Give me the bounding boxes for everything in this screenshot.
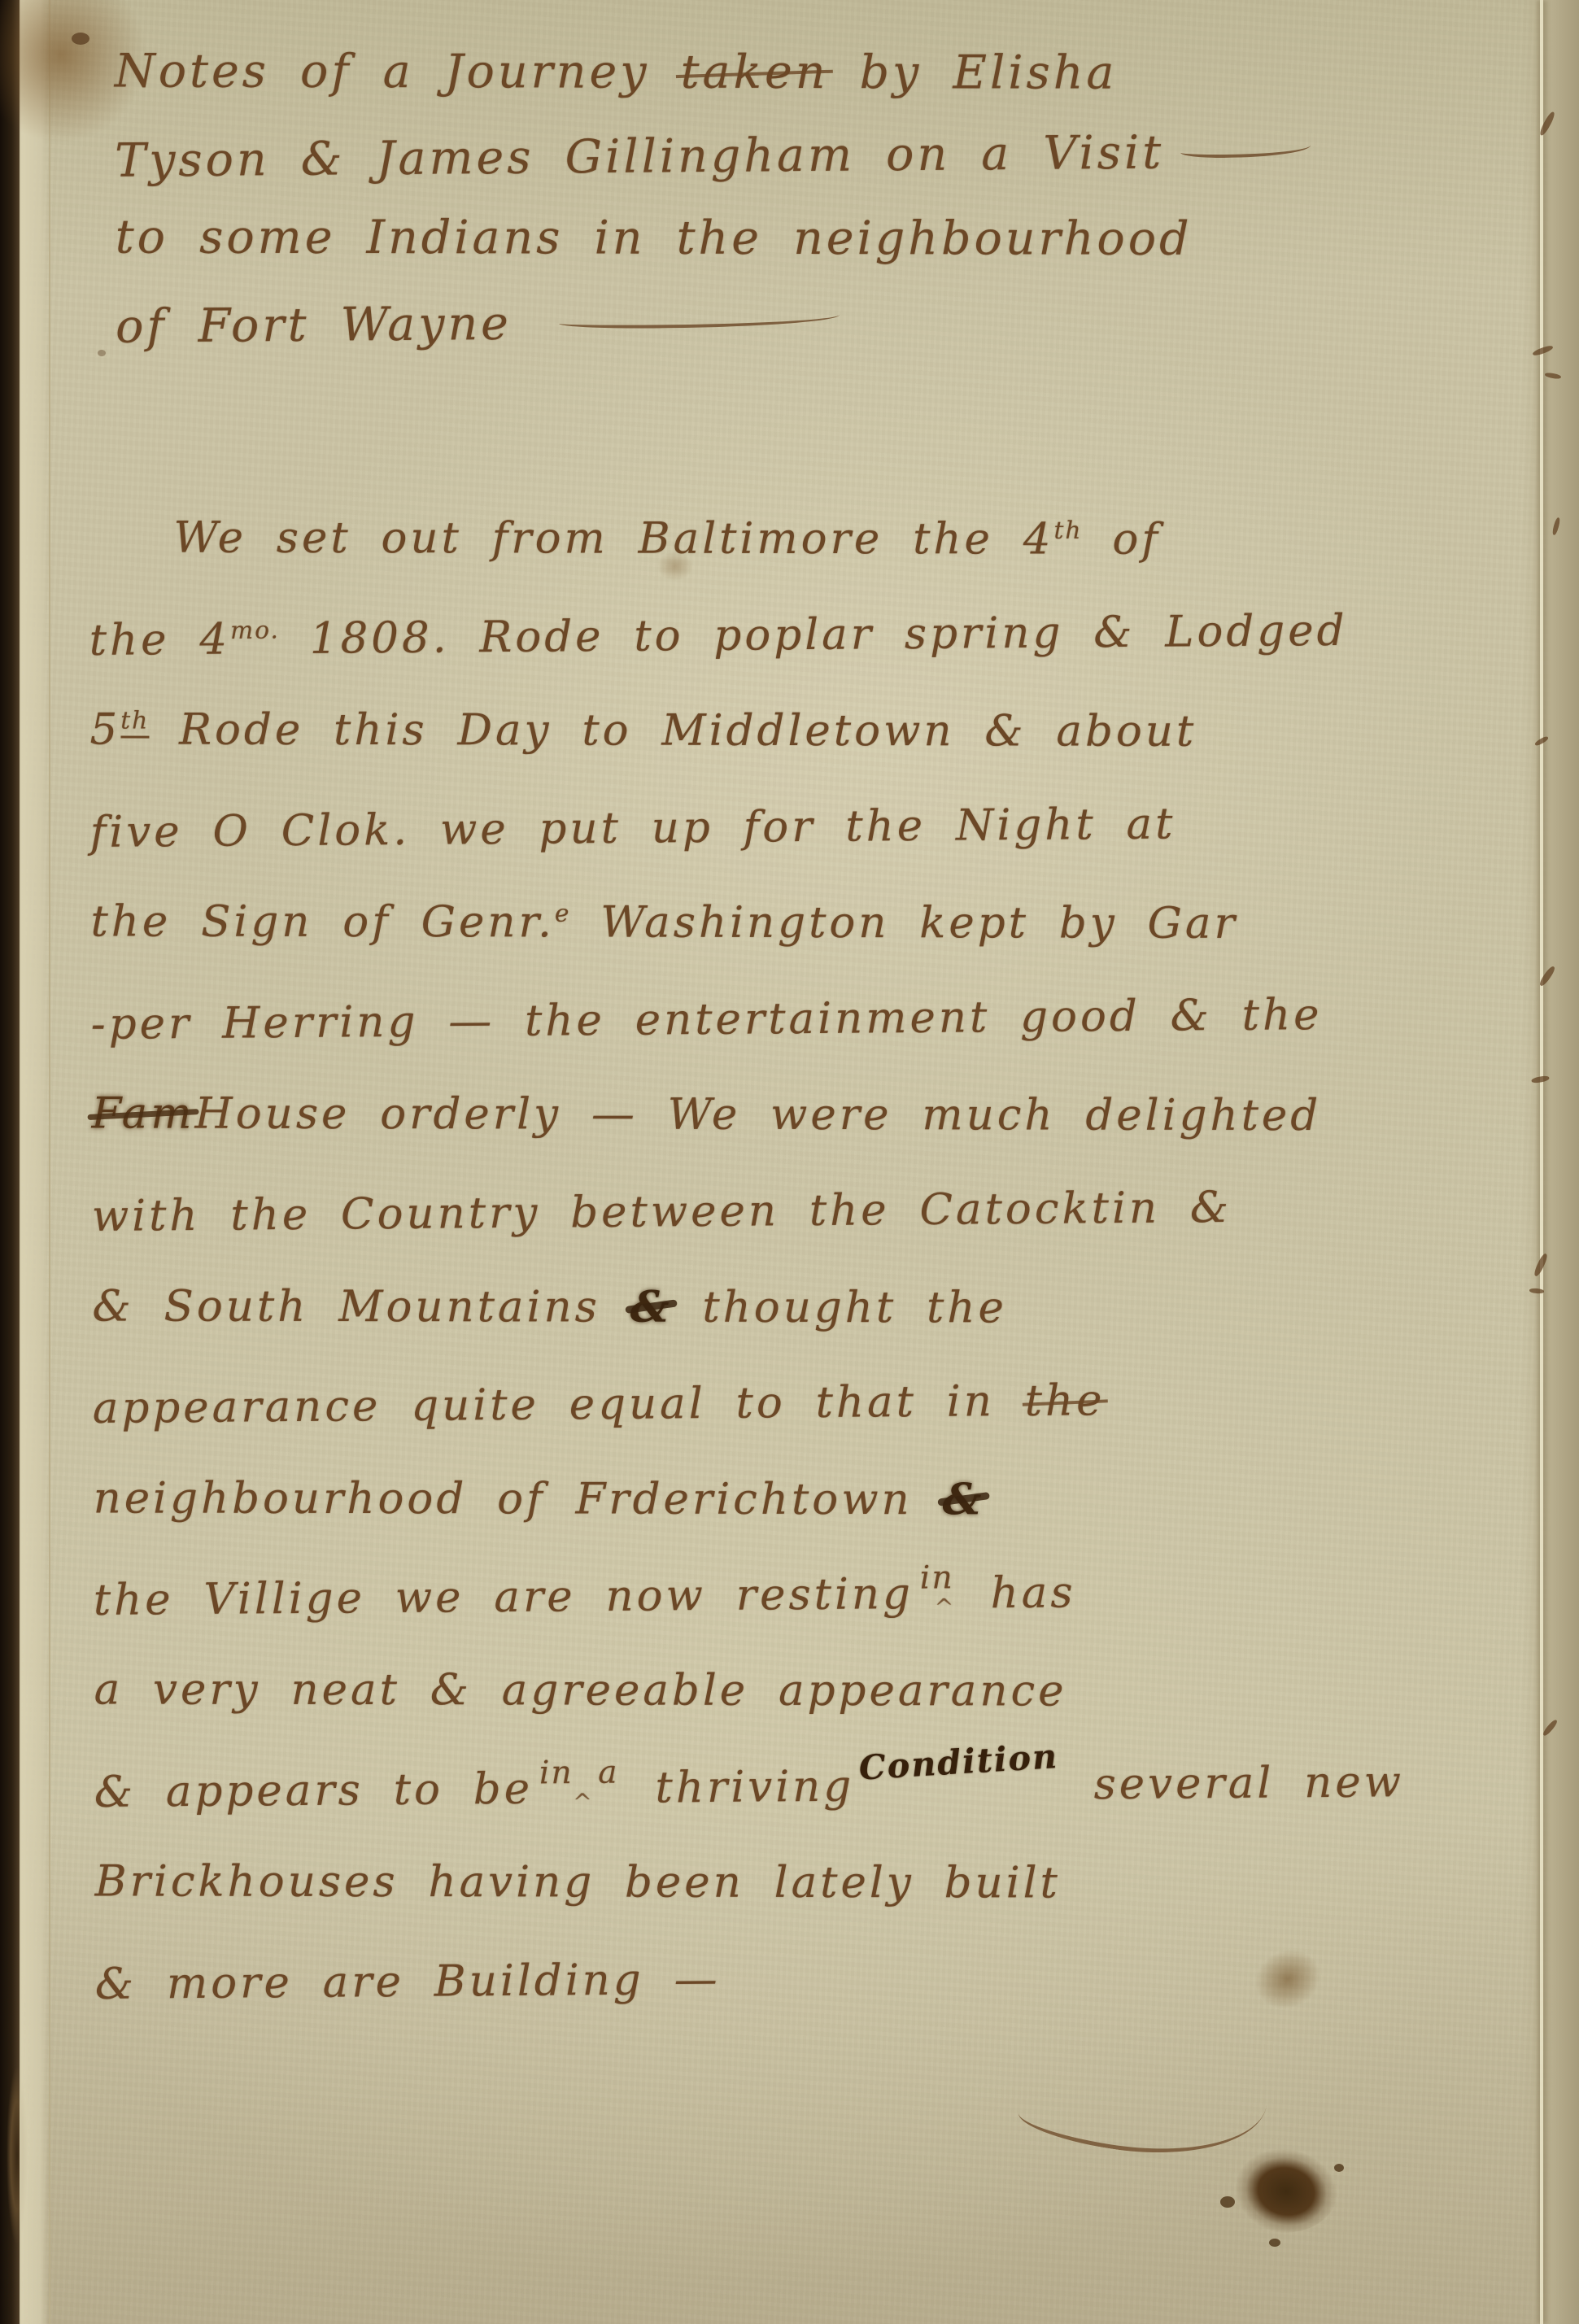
text-segment: the bbox=[1024, 1376, 1105, 1426]
text-segment: 1808. Rode to poplar spring & Lodged bbox=[280, 606, 1348, 664]
text-segment: thriving bbox=[625, 1762, 854, 1813]
pen-flourish bbox=[559, 306, 840, 329]
text-segment: has bbox=[961, 1568, 1076, 1618]
text-segment: Tyson & James Gillingham on a Visit bbox=[115, 126, 1164, 188]
manuscript-line: the Villige we are now restingin has bbox=[94, 1564, 1535, 1672]
manuscript-line: & more are Building — bbox=[95, 1948, 1537, 2056]
ink-blot-satellite bbox=[1269, 2239, 1280, 2247]
manuscript-line: 5th Rode this Day to Middletown & about bbox=[89, 704, 1530, 803]
text-segment: & bbox=[630, 1282, 673, 1332]
text-segment: House orderly — We were much delighted bbox=[195, 1089, 1322, 1140]
text-segment: taken bbox=[681, 46, 829, 99]
text-segment: & South Mountains bbox=[93, 1281, 630, 1332]
manuscript-line: & appears to bein a thrivingCondition se… bbox=[94, 1756, 1536, 1864]
ink-blot-satellite bbox=[1220, 2196, 1235, 2208]
text-segment: neighbourhood of Frderichtown bbox=[94, 1473, 943, 1524]
text-segment: to some Indians in the neighbourhood bbox=[116, 211, 1193, 266]
pen-flourish bbox=[1180, 136, 1311, 158]
text-segment: of Fort Wayne bbox=[116, 297, 543, 354]
text-segment: with the Country between the Catocktin & bbox=[92, 1183, 1232, 1241]
manuscript-line: We set out from Baltimore the 4th of bbox=[89, 512, 1529, 611]
manuscript-line: the Sign of Genr.e Washington kept by Ga… bbox=[90, 896, 1531, 995]
text-segment: & appears to be bbox=[94, 1764, 534, 1817]
manuscript-line: the 4mo. 1808. Rode to poplar spring & L… bbox=[89, 604, 1530, 712]
manuscript-text: Notes of a Journey taken by ElishaTyson … bbox=[87, 42, 1537, 2053]
manuscript-line: -per Herring — the entertainment good & … bbox=[91, 988, 1533, 1096]
manuscript-line: five O Clok. we put up for the Night at bbox=[90, 796, 1532, 904]
text-segment: Rode this Day to Middletown & about bbox=[149, 705, 1197, 756]
manuscript-line: appearance quite equal to that in the bbox=[93, 1372, 1534, 1480]
text-segment: -per Herring — the entertainment good & … bbox=[91, 990, 1323, 1049]
manuscript-line: of Fort Wayne bbox=[88, 289, 1529, 383]
text-segment: th bbox=[1053, 516, 1082, 544]
manuscript-line: FamHouse orderly — We were much delighte… bbox=[91, 1088, 1532, 1187]
manuscript-line: & South Mountains & thought the bbox=[92, 1280, 1533, 1379]
ink-blot-satellite bbox=[1334, 2164, 1344, 2172]
deckle-edge bbox=[20, 0, 50, 2324]
text-segment: Washington kept by Gar bbox=[570, 897, 1237, 948]
text-segment: of bbox=[1083, 515, 1161, 565]
text-segment: several new bbox=[1063, 1757, 1404, 1809]
manuscript-line: to some Indians in the neighbourhood bbox=[88, 210, 1529, 295]
text-segment: & more are Building — bbox=[95, 1955, 721, 2009]
text-segment: mo. bbox=[230, 615, 280, 643]
text-segment: the Villige we are now resting bbox=[94, 1569, 914, 1625]
text-segment: 5 bbox=[89, 704, 120, 754]
manuscript-line: neighbourhood of Frderichtown & bbox=[93, 1472, 1533, 1571]
text-segment: the 4 bbox=[89, 615, 230, 665]
manuscript-page: Notes of a Journey taken by ElishaTyson … bbox=[0, 0, 1579, 2324]
binding-edge bbox=[0, 0, 21, 2324]
manuscript-line: Notes of a Journey taken by Elisha bbox=[87, 44, 1528, 129]
text-segment: Notes of a Journey bbox=[115, 45, 681, 99]
ink-speck bbox=[72, 33, 89, 45]
manuscript-line: a very neat & agreeable appearance bbox=[94, 1664, 1534, 1763]
manuscript-line: Tyson & James Gillingham on a Visit bbox=[87, 123, 1529, 217]
text-segment: appearance quite equal to that in bbox=[93, 1376, 1025, 1433]
text-segment: in bbox=[920, 1559, 954, 1596]
text-segment: in a bbox=[539, 1755, 619, 1792]
text-segment: five O Clok. we put up for the Night at bbox=[90, 799, 1176, 857]
text-segment: a very neat & agreeable appearance bbox=[94, 1664, 1067, 1716]
text-segment: Fam bbox=[91, 1088, 194, 1138]
text-segment: the Sign of Genr. bbox=[90, 896, 554, 947]
text-segment: We set out from Baltimore the 4 bbox=[173, 513, 1053, 565]
text-segment: th bbox=[120, 706, 149, 739]
text-segment: thought the bbox=[673, 1283, 1007, 1333]
manuscript-line: Brickhouses having been lately built bbox=[95, 1856, 1536, 1955]
manuscript-line: with the Country between the Catocktin & bbox=[92, 1180, 1533, 1288]
text-segment: e bbox=[555, 899, 571, 927]
text-segment: by Elisha bbox=[828, 46, 1117, 100]
text-segment: Brickhouses having been lately built bbox=[95, 1856, 1061, 1908]
text-segment: & bbox=[943, 1474, 985, 1524]
